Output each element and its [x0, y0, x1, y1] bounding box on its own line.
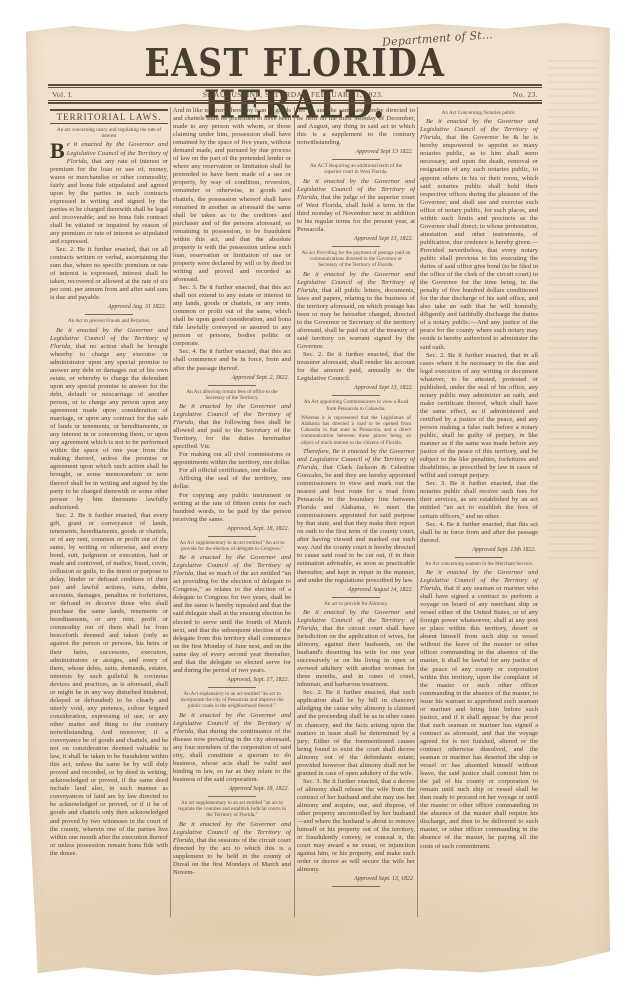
act-heading: An Act concerning seamen in the Merchant…: [424, 561, 534, 567]
approval-date: Approved August 14, 1822.: [297, 586, 413, 594]
article-paragraph: Sec. 2. Be it further enacted, that ever…: [50, 512, 168, 858]
article-paragraph: Be it enacted by the Governor and Legisl…: [420, 569, 538, 851]
approval-date: Approved Sept. 13th 1822.: [420, 546, 536, 554]
article-paragraph: Sec. 4. Be it further enacted, that this…: [173, 348, 291, 372]
separator-rule: [332, 159, 379, 160]
article-paragraph: For making out all civil commissions or …: [173, 451, 291, 467]
article-paragraph: Be it enacted by the Governor and Legisl…: [297, 271, 415, 351]
column-divider: [170, 107, 171, 917]
act-heading: An ACT Requiring an additional term of t…: [301, 163, 411, 175]
article-paragraph: For copying any public instrument or wri…: [173, 492, 291, 524]
article-paragraph: Be it enacted by the Governor and Legisl…: [173, 403, 291, 451]
column-2: And in like manner where any loan of goo…: [173, 107, 291, 917]
article-paragraph: Sec. 3. Be it further enacted, that a de…: [297, 778, 415, 875]
paragraph-text: that during the continuance of the disea…: [173, 728, 291, 783]
column-3: ber be and the same are hereby directed …: [297, 107, 415, 917]
act-heading: An Act allowing certain fees of office t…: [177, 389, 287, 401]
act-heading: An Act Concerning Notaries public.: [424, 110, 534, 116]
article-paragraph: Affixing the seal of the territory, one …: [173, 475, 291, 491]
approval-date: Approved Sept. 18, 1822.: [173, 785, 289, 793]
article-paragraph: Be it enacted by the Governor and Legisl…: [297, 609, 415, 689]
separator-rule: [332, 246, 379, 247]
separator-rule: [85, 314, 132, 315]
separator-rule: [208, 796, 255, 797]
article-paragraph: And in like manner where any loan of goo…: [173, 107, 291, 284]
article-paragraph: Sec. 2. Be it further enacted, that such…: [297, 689, 415, 778]
paragraph-text: that so much of the act entitled "an act…: [173, 570, 291, 674]
column-4: An Act Concerning Notaries public.Be it …: [420, 107, 538, 917]
column-divider: [294, 107, 295, 917]
article-paragraph: Sec. 3. Be it further enacted, that this…: [173, 284, 291, 348]
article-paragraph: Therefore, Be it enacted by the Governor…: [297, 448, 415, 585]
article-paragraph: Be it enacted by the Governor and Legisl…: [173, 554, 291, 675]
separator-rule: [455, 557, 502, 558]
approval-date: Approved Sept. 13, 1822: [297, 875, 413, 883]
masthead-rule: [48, 87, 542, 88]
column-divider: [417, 107, 418, 917]
article-paragraph: Be it enacted by the Governor and Legisl…: [297, 178, 415, 234]
act-heading: An act concerning usury and regulating t…: [54, 127, 164, 139]
approval-date: Approved Sept 13 1822.: [297, 148, 413, 156]
paragraph-text: that if any seaman or mariner who shall …: [420, 585, 538, 850]
act-heading: An Act to prevent Frauds and Perjuries.: [54, 318, 164, 324]
approval-date: Approved Sept 13, 1822.: [297, 384, 413, 392]
approval-date: Approved, Sept. 18, 1822.: [173, 525, 289, 533]
article-paragraph: Be it enacted by the Governor and Legisl…: [173, 712, 291, 784]
dateline-rule: [48, 102, 542, 104]
paragraph-text: that all public letters, documents, laws…: [297, 287, 415, 350]
masthead-rule: [48, 84, 542, 86]
act-heading: An Act supplementary to an act entitled …: [177, 540, 287, 552]
separator-rule: [208, 687, 255, 688]
article-paragraph: For all official certificates, one dolla…: [173, 467, 291, 475]
article-paragraph: Sec. 2. Be it further enacted, that on a…: [50, 246, 168, 302]
article-paragraph: Sec. 2. Be it further enacted, that in a…: [420, 352, 538, 481]
article-paragraph: Be it enacted by the Governor and Legisl…: [50, 141, 168, 246]
volume-label: Vol. I.: [52, 90, 73, 99]
issue-number-label: No. 23.: [513, 90, 538, 99]
separator-rule: [208, 385, 255, 386]
column-1: TERRITORIAL LAWS. An act concerning usur…: [50, 107, 168, 917]
act-heading: An act supplementary to an act entitled …: [177, 800, 287, 819]
article-paragraph: ber be and the same are hereby directed …: [297, 107, 415, 147]
paragraph-text: that the Governor be & he is hereby empo…: [420, 134, 538, 350]
separator-rule: [332, 886, 379, 887]
act-heading: An Act explanatory to an act entitled "a…: [177, 691, 287, 710]
section-title: TERRITORIAL LAWS.: [50, 109, 168, 124]
article-paragraph: Sec. 4. Be it further enacted, that this…: [420, 521, 538, 545]
approval-date: Approved, Sept. 17, 1822.: [173, 676, 289, 684]
date-place-label: St. AUGUSTINE, SATURDAY, FEBRUARY 1, 182…: [203, 90, 384, 99]
dateline-rule: [48, 100, 542, 101]
bleed-through-text: [548, 60, 598, 560]
article-paragraph: Sec. 3. Be it further enacted, that the …: [420, 480, 538, 520]
paragraph-text: that the circuit court shall have jurisd…: [297, 625, 415, 688]
approval-date: Approved Aug. 31 1822.: [50, 303, 166, 311]
article-paragraph: Sec. 2. Be it further enacted, that the …: [297, 351, 415, 383]
separator-rule: [332, 597, 379, 598]
act-heading: An Act appointing Commissioners to view …: [301, 399, 411, 411]
separator-rule: [208, 536, 255, 537]
drop-cap: B: [50, 142, 65, 160]
act-heading: An act to provide for Alimony.: [301, 601, 411, 607]
article-paragraph: Be it enacted by the Governor and Legisl…: [50, 327, 168, 512]
act-heading: An act Providing for the payment of post…: [301, 250, 411, 269]
approval-date: Approved Sept 13, 1822.: [297, 235, 413, 243]
separator-rule: [332, 395, 379, 396]
article-paragraph: Be it enacted by the Governor and Legisl…: [173, 821, 291, 877]
paragraph-text: that no action shall be brought whereby …: [50, 343, 168, 511]
paragraph-text: that Clack Jackson & Celestine Gonzales,…: [297, 464, 415, 584]
dateline-bar: Vol. I. St. AUGUSTINE, SATURDAY, FEBRUAR…: [52, 89, 538, 100]
preamble-text: Whereas it is represented that the Legis…: [301, 415, 411, 446]
article-paragraph: Be it enacted by the Governor and Legisl…: [420, 118, 538, 351]
paragraph-text: that any rate of interest or premium for…: [50, 158, 168, 245]
approval-date: Approved Sept. 2, 1822.: [173, 374, 289, 382]
